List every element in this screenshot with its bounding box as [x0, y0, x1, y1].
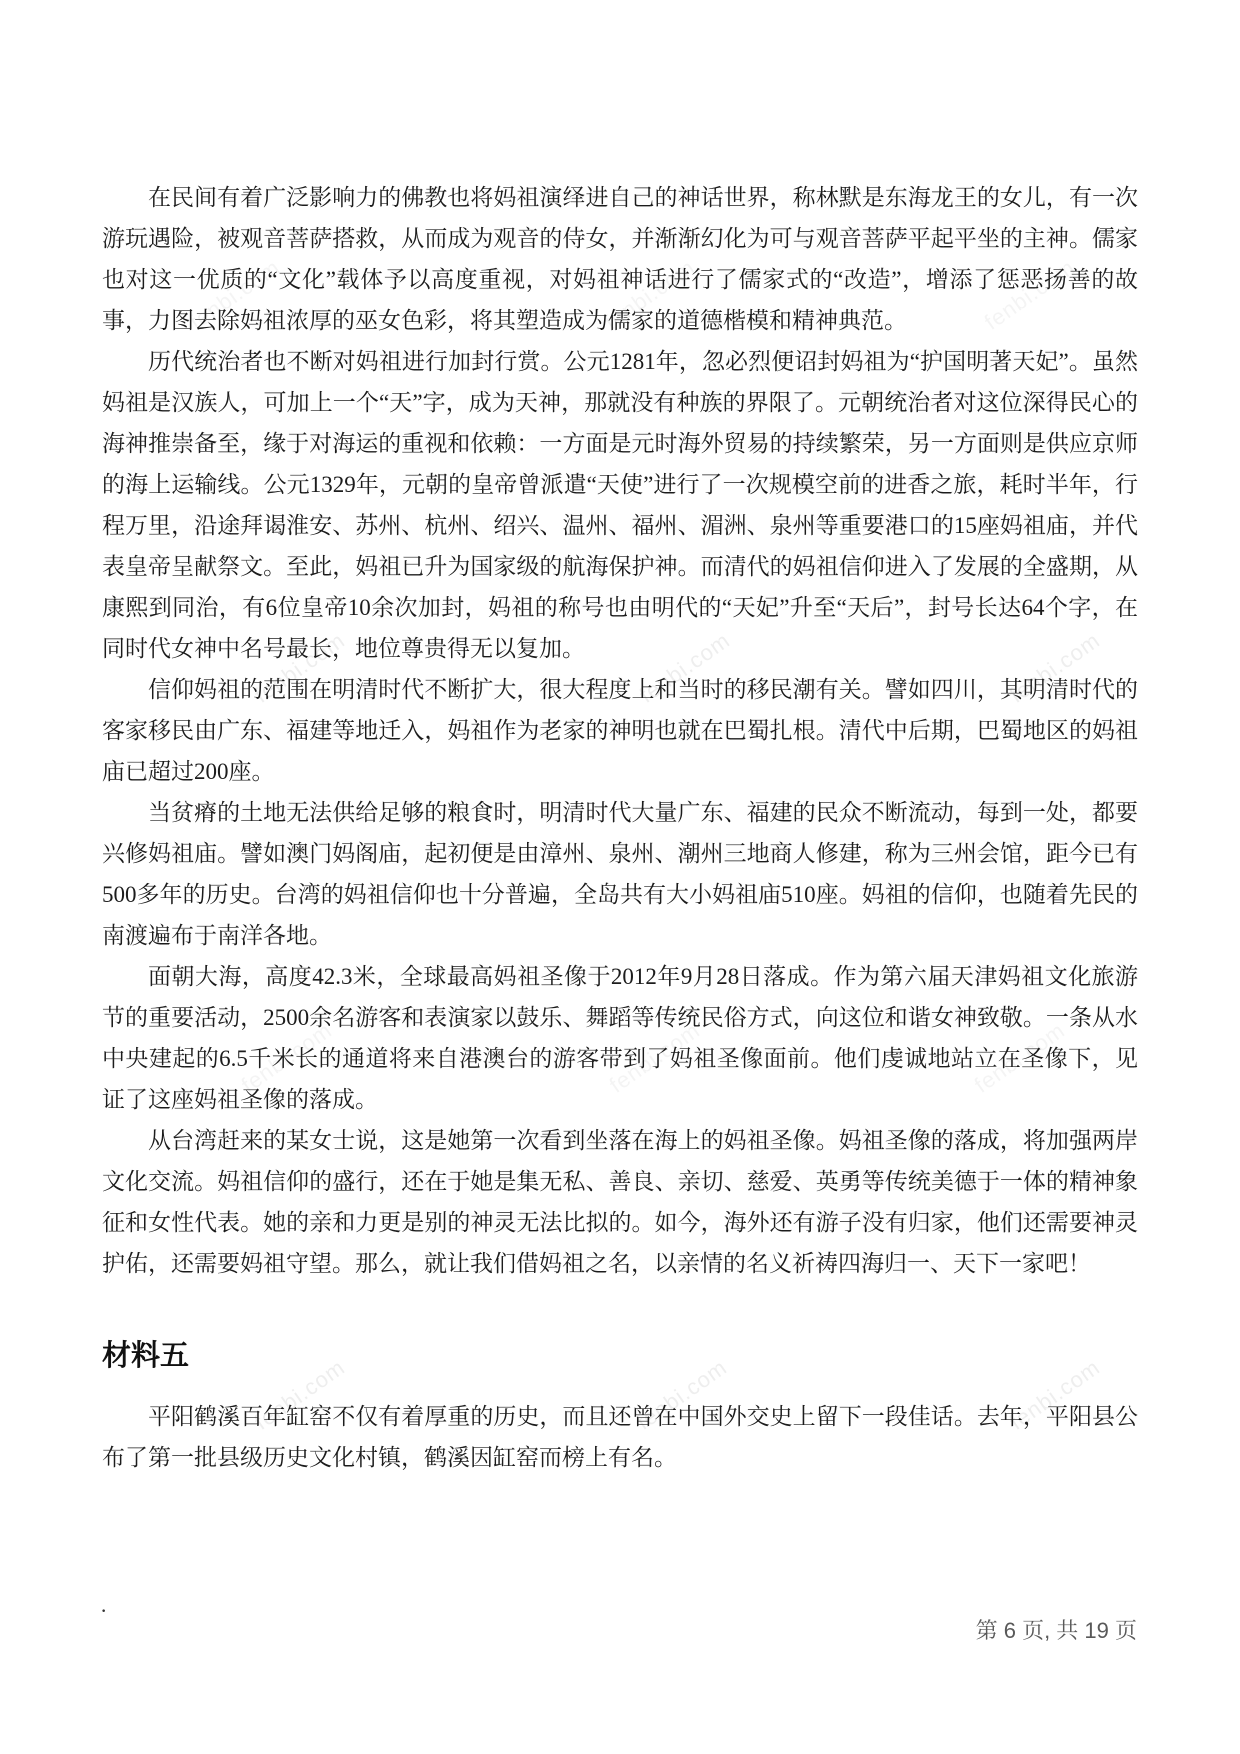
- footer-left-mark: ·: [100, 1600, 107, 1622]
- footer-page-indicator: 第 6 页, 共 19 页: [976, 1614, 1137, 1645]
- paragraph: 历代统治者也不断对妈祖进行加封行赏。公元1281年，忽必烈便诏封妈祖为“护国明著…: [102, 341, 1138, 669]
- paragraph: 面朝大海，高度42.3米，全球最高妈祖圣像于2012年9月28日落成。作为第六届…: [102, 956, 1138, 1120]
- paragraph: 平阳鹤溪百年缸窑不仅有着厚重的历史，而且还曾在中国外交史上留下一段佳话。去年，平…: [102, 1396, 1138, 1478]
- document-body: 在民间有着广泛影响力的佛教也将妈祖演绎进自己的神话世界，称林默是东海龙王的女儿，…: [102, 177, 1138, 1478]
- paragraph: 从台湾赶来的某女士说，这是她第一次看到坐落在海上的妈祖圣像。妈祖圣像的落成，将加…: [102, 1120, 1138, 1284]
- document-page: fenbi.comfenbi.comfenbi.comfenbi.comfenb…: [0, 0, 1240, 1754]
- paragraph: 在民间有着广泛影响力的佛教也将妈祖演绎进自己的神话世界，称林默是东海龙王的女儿，…: [102, 177, 1138, 341]
- paragraph: 信仰妈祖的范围在明清时代不断扩大，很大程度上和当时的移民潮有关。譬如四川，其明清…: [102, 669, 1138, 792]
- section-heading: 材料五: [102, 1338, 1138, 1374]
- paragraph: 当贫瘠的土地无法供给足够的粮食时，明清时代大量广东、福建的民众不断流动，每到一处…: [102, 792, 1138, 956]
